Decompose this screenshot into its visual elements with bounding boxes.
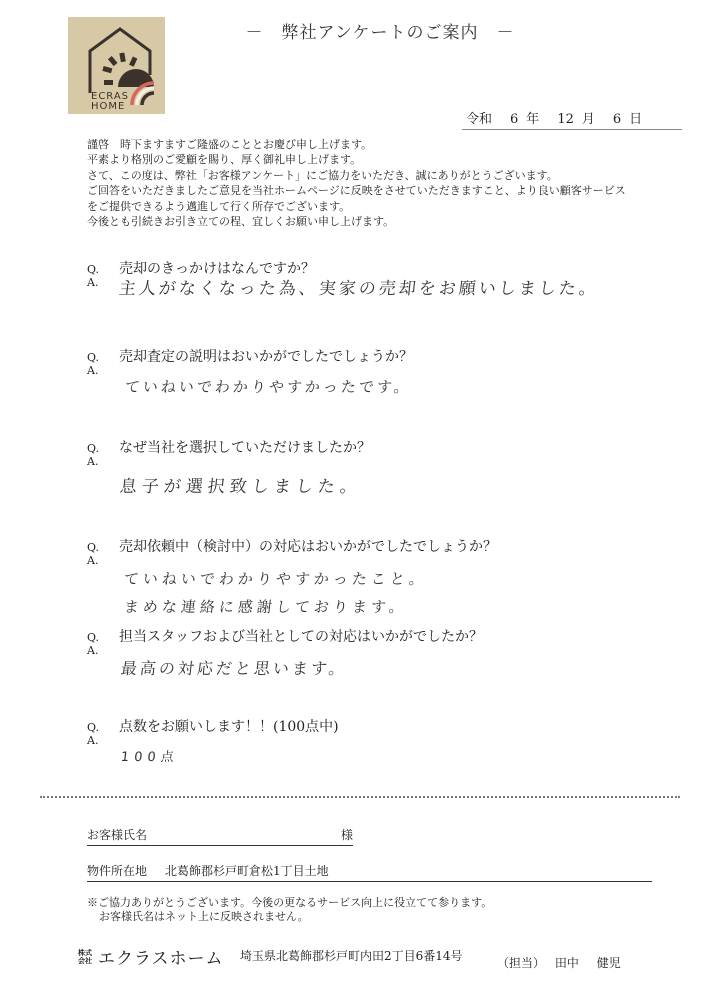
- answer-handwritten-line-2: まめな連絡に感謝しております。: [123, 596, 409, 617]
- qa-item-6: Q.点数をお願いします！！(100点中) A. 100点: [87, 716, 687, 747]
- greeting-line: 今後とも引続きお引き立ての程、宜しくお願い申し上げます。: [87, 214, 687, 229]
- question-text: 売却査定の説明はおいかがでしたでしょうか？: [119, 346, 413, 366]
- company-address: 埼玉県北葛飾郡杉戸町内田2丁目6番14号: [240, 947, 463, 964]
- question-text: 売却依頼中（検討中）の対応はおいかがでしたでしょうか？: [119, 536, 497, 556]
- ecras-home-logo-icon: ECRAS HOME: [68, 17, 165, 114]
- customer-name-field: お客様氏名 様: [87, 826, 353, 846]
- date-month: 12: [557, 112, 574, 127]
- qa-item-4: Q.売却依頼中（検討中）の対応はおいかがでしたでしょうか？ A. ていねいでわか…: [87, 536, 687, 567]
- greeting-line: 謹啓 時下ますますご隆盛のこととお慶び申し上げます。: [87, 137, 687, 152]
- date-day-unit: 日: [629, 108, 642, 127]
- q-mark: Q.: [87, 351, 119, 364]
- q-mark: Q.: [87, 442, 119, 455]
- answer-handwritten: 最高の対応だと思います。: [120, 656, 349, 679]
- title-text: 弊社アンケートのご案内: [282, 23, 479, 43]
- kabushiki-gaisha-mark: 株式 会社: [78, 949, 94, 965]
- property-location-label: 物件所在地: [87, 862, 147, 879]
- notes: ※ご協力ありがとうございます。今後の更なるサービス向上に役立てて参ります。 お客…: [87, 896, 492, 924]
- date-day: 6: [613, 112, 621, 127]
- title-dash-left: －: [246, 23, 264, 43]
- greeting-line: さて、この度は、弊社「お客様アンケート」にご協力をいただき、誠にありがとうござい…: [87, 168, 687, 183]
- section-divider: [40, 796, 680, 798]
- question-text: なぜ当社を選択していただけましたか？: [119, 437, 371, 457]
- qa-item-3: Q.なぜ当社を選択していただけましたか？ A. 息子が選択致しました。: [87, 437, 687, 468]
- company-name: エクラスホーム: [98, 944, 224, 969]
- answer-handwritten: 息子が選択致しました。: [119, 472, 364, 497]
- qa-item-5: Q.担当スタッフおよび当社としての対応はいかがでしたか？ A. 最高の対応だと思…: [87, 626, 687, 657]
- answer-handwritten: 主人がなくなった為、実家の売却をお願いしました。: [118, 274, 601, 299]
- qa-item-1: Q.売却のきっかけはなんですか？ A. 主人がなくなった為、実家の売却をお願いし…: [87, 258, 687, 289]
- customer-name-label: お客様氏名: [87, 826, 147, 843]
- greeting-text: 謹啓 時下ますますご隆盛のこととお慶び申し上げます。 平素より格別のご愛顧を賜り…: [87, 137, 687, 229]
- property-location-field: 物件所在地 北葛飾郡杉戸町倉松1丁目土地: [87, 862, 652, 882]
- note-line-2: お客様氏名はネット上に反映されません。: [87, 910, 492, 924]
- staff-in-charge: （担当） 田中 健児: [497, 954, 621, 971]
- answer-handwritten-score: 100点: [120, 746, 180, 765]
- answer-handwritten: ていねいでわかりやすかったです。: [124, 376, 413, 397]
- customer-name-suffix: 様: [341, 826, 353, 843]
- greeting-line: をご提供できるよう邁進して行く所存でございます。: [87, 199, 687, 214]
- greeting-line: ご回答をいただきましたご意見を当社ホームページに反映をさせていただきますこと、よ…: [87, 183, 687, 198]
- note-line-1: ※ご協力ありがとうございます。今後の更なるサービス向上に役立てて参ります。: [87, 896, 492, 910]
- date-year-unit: 年: [526, 108, 539, 127]
- page-title: －弊社アンケートのご案内－: [200, 18, 560, 43]
- staff-label: （担当）: [497, 956, 545, 970]
- qa-item-2: Q.売却査定の説明はおいかがでしたでしょうか？ A. ていねいでわかりやすかった…: [87, 346, 687, 377]
- q-mark: Q.: [87, 541, 119, 554]
- staff-first-name: 健児: [597, 956, 621, 970]
- property-location-value: 北葛飾郡杉戸町倉松1丁目土地: [165, 862, 329, 879]
- title-dash-right: －: [496, 23, 514, 43]
- answer-handwritten-line-1: ていねいでわかりやすかったこと。: [123, 568, 429, 589]
- svg-text:HOME: HOME: [91, 101, 125, 112]
- q-mark: Q.: [87, 721, 119, 734]
- q-mark: Q.: [87, 263, 119, 276]
- kabushiki-top: 株式: [78, 949, 94, 957]
- q-mark: Q.: [87, 631, 119, 644]
- date-year: 6: [510, 112, 518, 127]
- kabushiki-bottom: 会社: [78, 957, 94, 965]
- question-text: 担当スタッフおよび当社としての対応はいかがでしたか？: [119, 626, 483, 646]
- greeting-line: 平素より格別のご愛顧を賜り、厚く御礼申し上げます。: [87, 152, 687, 167]
- question-text: 点数をお願いします！！(100点中): [119, 716, 339, 736]
- date-month-unit: 月: [582, 108, 595, 127]
- company-logo: ECRAS HOME: [68, 17, 165, 114]
- date-era: 令和: [466, 108, 492, 127]
- survey-date: 令和 6 年 12 月 6 日: [462, 108, 682, 130]
- staff-last-name: 田中: [555, 956, 579, 970]
- company-signature: 株式 会社 エクラスホーム: [78, 944, 224, 969]
